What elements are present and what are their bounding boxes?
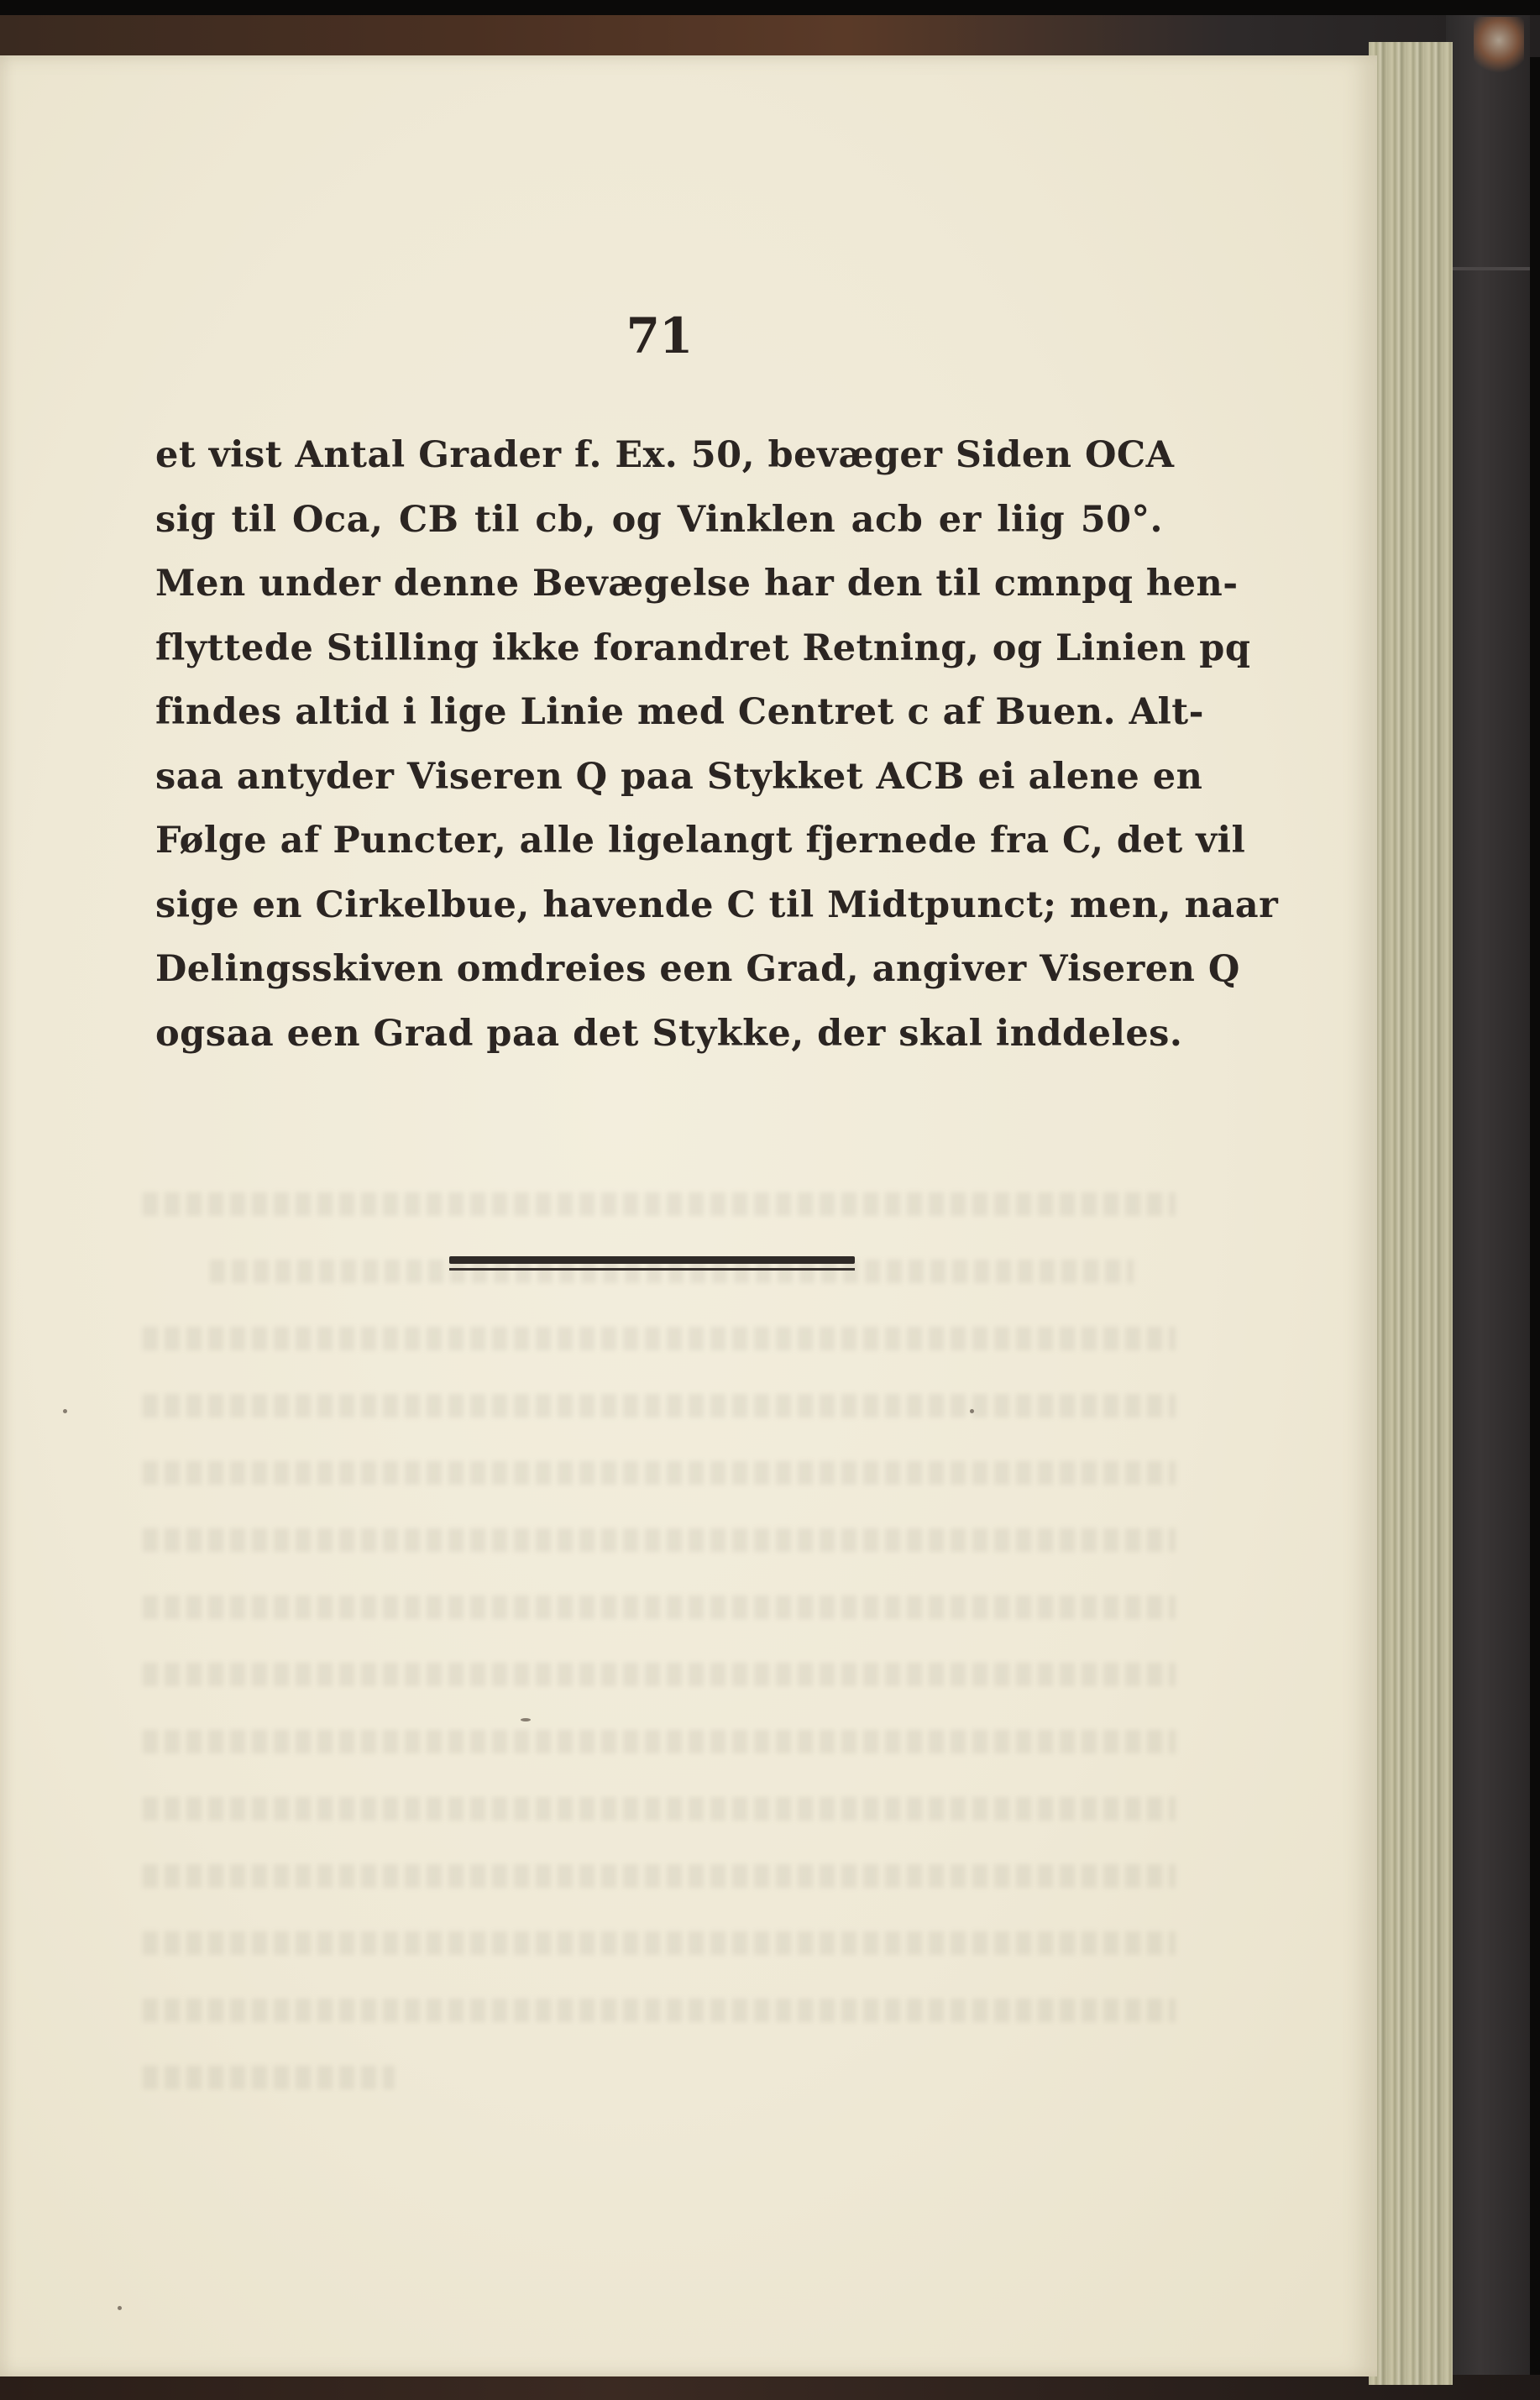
worn-cover-corner	[1474, 17, 1524, 76]
section-end-rule-thin	[449, 1268, 855, 1271]
text-line: Delingsskiven omdreies een Grad, angiver…	[155, 937, 1163, 1002]
paper-speck	[118, 2306, 122, 2310]
paper-speck	[63, 1409, 67, 1413]
page-number: 71	[0, 307, 1318, 364]
text-line: findes altid i lige Linie med Centret c …	[155, 680, 1163, 745]
text-line: et vist Antal Grader f. Ex. 50, bevæger …	[155, 423, 1163, 488]
cover-band	[1446, 267, 1530, 270]
paper-speck	[970, 1409, 974, 1413]
bleed-through-line	[143, 1192, 1176, 1216]
bleed-through-line	[143, 2066, 395, 2089]
book-cover-top-edge	[0, 15, 1540, 57]
bleed-through-line	[143, 1394, 1176, 1417]
bleed-through-line	[143, 1663, 1176, 1686]
book-cover-spine	[1446, 15, 1530, 2392]
bleed-through-line	[143, 1999, 1176, 2022]
bleed-through-line	[143, 1730, 1176, 1753]
bleed-through-line	[143, 1461, 1176, 1485]
bleed-through-line	[143, 1931, 1176, 1955]
bleed-through-line	[143, 1528, 1176, 1552]
text-line: sig til Oca, CB til cb, og Vinklen acb e…	[155, 488, 1163, 553]
bleed-through-line	[143, 1864, 1176, 1888]
bleed-through-line	[143, 1327, 1176, 1350]
body-paragraph: et vist Antal Grader f. Ex. 50, bevæger …	[155, 423, 1163, 1066]
text-line: saa antyder Viseren Q paa Stykket ACB ei…	[155, 745, 1163, 810]
section-end-rule-thick	[449, 1256, 855, 1264]
book-page: 71 et vist Antal Grader f. Ex. 50, bevæg…	[0, 55, 1377, 2376]
text-line: sige en Cirkelbue, havende C til Midtpun…	[155, 873, 1163, 938]
text-line: ogsaa een Grad paa det Stykke, der skal …	[155, 1002, 1163, 1066]
paper-speck	[521, 1718, 531, 1721]
text-line: flyttede Stilling ikke forandret Retning…	[155, 616, 1163, 681]
bleed-through-line	[143, 1596, 1176, 1619]
text-line: Følge af Puncter, alle ligelangt fjerned…	[155, 809, 1163, 873]
text-line: Men under denne Bevægelse har den til cm…	[155, 552, 1163, 616]
book-cover-bottom-edge	[0, 2375, 1540, 2400]
page-block-edges	[1369, 42, 1453, 2385]
bleed-through-line	[143, 1797, 1176, 1821]
